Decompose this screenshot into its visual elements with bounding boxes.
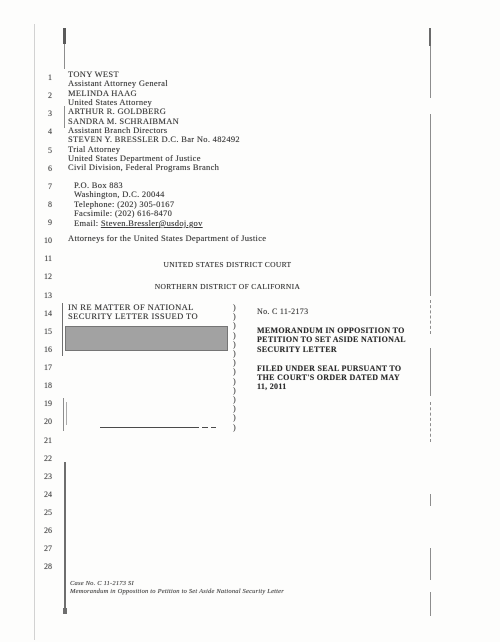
line-number: 24 xyxy=(30,486,52,504)
line-number: 11 xyxy=(30,250,52,268)
court-heading: UNITED STATES DISTRICT COURT NORTHERN DI… xyxy=(55,260,400,291)
filed-under-seal-line: 11, 2011 xyxy=(257,382,435,391)
caption-right-column: No. C 11-2173 MEMORANDUM IN OPPOSITION T… xyxy=(257,307,435,391)
left-margin-rule-segment xyxy=(63,398,64,431)
caption-separator-paren: ) xyxy=(233,349,236,358)
line-number: 22 xyxy=(30,450,52,468)
caption-separator-paren: ) xyxy=(233,386,236,395)
memorandum-title: MEMORANDUM IN OPPOSITION TOPETITION TO S… xyxy=(257,326,435,354)
footer-case-number: Case No. C 11-2173 SI xyxy=(70,580,284,588)
court-district: NORTHERN DISTRICT OF CALIFORNIA xyxy=(55,282,400,291)
filed-under-seal-line: FILED UNDER SEAL PURSUANT TO xyxy=(257,364,435,373)
left-margin-rule-segment xyxy=(64,106,65,128)
line-number: 9 xyxy=(30,214,52,232)
caption-separator-column: )))))))))))))) xyxy=(233,303,236,432)
caption-separator-paren: ) xyxy=(233,423,236,432)
caption-bottom-rule-dash xyxy=(211,427,216,428)
caption-separator-paren: ) xyxy=(233,340,236,349)
caption-separator-paren: ) xyxy=(233,303,236,312)
caption-separator-paren: ) xyxy=(233,404,236,413)
line-number: 25 xyxy=(30,504,52,522)
caption-bottom-rule-dash xyxy=(202,427,208,428)
line-number: 19 xyxy=(30,395,52,413)
caption-separator-paren: ) xyxy=(233,358,236,367)
line-number: 28 xyxy=(30,558,52,576)
court-name: UNITED STATES DISTRICT COURT xyxy=(55,260,400,269)
right-margin-rule-segment xyxy=(429,28,431,46)
attorney-block: TONY WESTAssistant Attorney GeneralMELIN… xyxy=(68,70,240,173)
filed-under-seal-notice: FILED UNDER SEAL PURSUANT TOTHE COURT'S … xyxy=(257,364,435,392)
line-number: 17 xyxy=(30,359,52,377)
line-number: 13 xyxy=(30,287,52,305)
line-number: 16 xyxy=(30,341,52,359)
address-line: Facsimile: (202) 616-8470 xyxy=(74,209,174,218)
line-number: 14 xyxy=(30,305,52,323)
caption-separator-paren: ) xyxy=(233,413,236,422)
line-number: 21 xyxy=(30,432,52,450)
line-number: 8 xyxy=(30,196,52,214)
right-margin-rule-segment xyxy=(430,114,431,296)
right-margin-rule-segment xyxy=(430,494,431,506)
left-margin-rule-segment xyxy=(64,462,66,611)
scanned-court-document-page: 1234567891011121314151617181920212223242… xyxy=(0,0,500,642)
caption-party-column: IN RE MATTER OF NATIONALSECURITY LETTER … xyxy=(68,303,198,321)
email-address: Steven.Bressler@usdoj.gov xyxy=(101,218,203,228)
attorneys-for-line: Attorneys for the United States Departme… xyxy=(68,233,266,243)
right-margin-rule-segment xyxy=(430,592,431,616)
line-number: 15 xyxy=(30,323,52,341)
case-number: No. C 11-2173 xyxy=(257,307,435,316)
caption-separator-paren: ) xyxy=(233,367,236,376)
line-number: 4 xyxy=(30,123,52,141)
right-margin-rule-segment xyxy=(430,548,431,580)
memorandum-title-line: MEMORANDUM IN OPPOSITION TO xyxy=(257,326,435,335)
line-number: 23 xyxy=(30,468,52,486)
caption-left-border xyxy=(62,303,63,356)
caption-separator-paren: ) xyxy=(233,395,236,404)
redaction-box xyxy=(65,326,228,351)
caption-separator-paren: ) xyxy=(233,312,236,321)
page-footer: Case No. C 11-2173 SI Memorandum in Oppo… xyxy=(70,580,284,596)
line-number: 20 xyxy=(30,413,52,431)
line-number: 10 xyxy=(30,232,52,250)
line-number: 27 xyxy=(30,540,52,558)
caption-separator-paren: ) xyxy=(233,331,236,340)
footer-document-title: Memorandum in Opposition to Petition to … xyxy=(70,588,284,596)
right-margin-rule-segment xyxy=(430,46,431,98)
memorandum-title-line: SECURITY LETTER xyxy=(257,345,435,354)
line-number-gutter: 1234567891011121314151617181920212223242… xyxy=(30,69,52,577)
line-number: 6 xyxy=(30,160,52,178)
email-line: Email: Steven.Bressler@usdoj.gov xyxy=(74,218,203,228)
caption-bottom-rule xyxy=(100,427,199,428)
line-number: 2 xyxy=(30,87,52,105)
email-label: Email: xyxy=(74,218,101,228)
memorandum-title-line: PETITION TO SET ASIDE NATIONAL xyxy=(257,335,435,344)
caption-party-line: SECURITY LETTER ISSUED TO xyxy=(68,312,198,321)
address-block: P.O. Box 883Washington, D.C. 20044Teleph… xyxy=(74,181,174,218)
line-number: 12 xyxy=(30,268,52,286)
left-margin-rule-segment xyxy=(66,402,67,425)
filed-under-seal-line: THE COURT'S ORDER DATED MAY xyxy=(257,373,435,382)
left-margin-rule-segment xyxy=(63,608,67,614)
right-margin-rule-segment xyxy=(430,402,431,442)
left-margin-rule-segment xyxy=(64,44,65,69)
line-number: 5 xyxy=(30,142,52,160)
attorney-block-line: Civil Division, Federal Programs Branch xyxy=(68,163,240,172)
left-margin-rule-segment xyxy=(63,28,66,44)
line-number: 3 xyxy=(30,105,52,123)
caption-separator-paren: ) xyxy=(233,321,236,330)
line-number: 1 xyxy=(30,69,52,87)
line-number: 18 xyxy=(30,377,52,395)
caption-separator-paren: ) xyxy=(233,377,236,386)
line-number: 7 xyxy=(30,178,52,196)
line-number: 26 xyxy=(30,522,52,540)
